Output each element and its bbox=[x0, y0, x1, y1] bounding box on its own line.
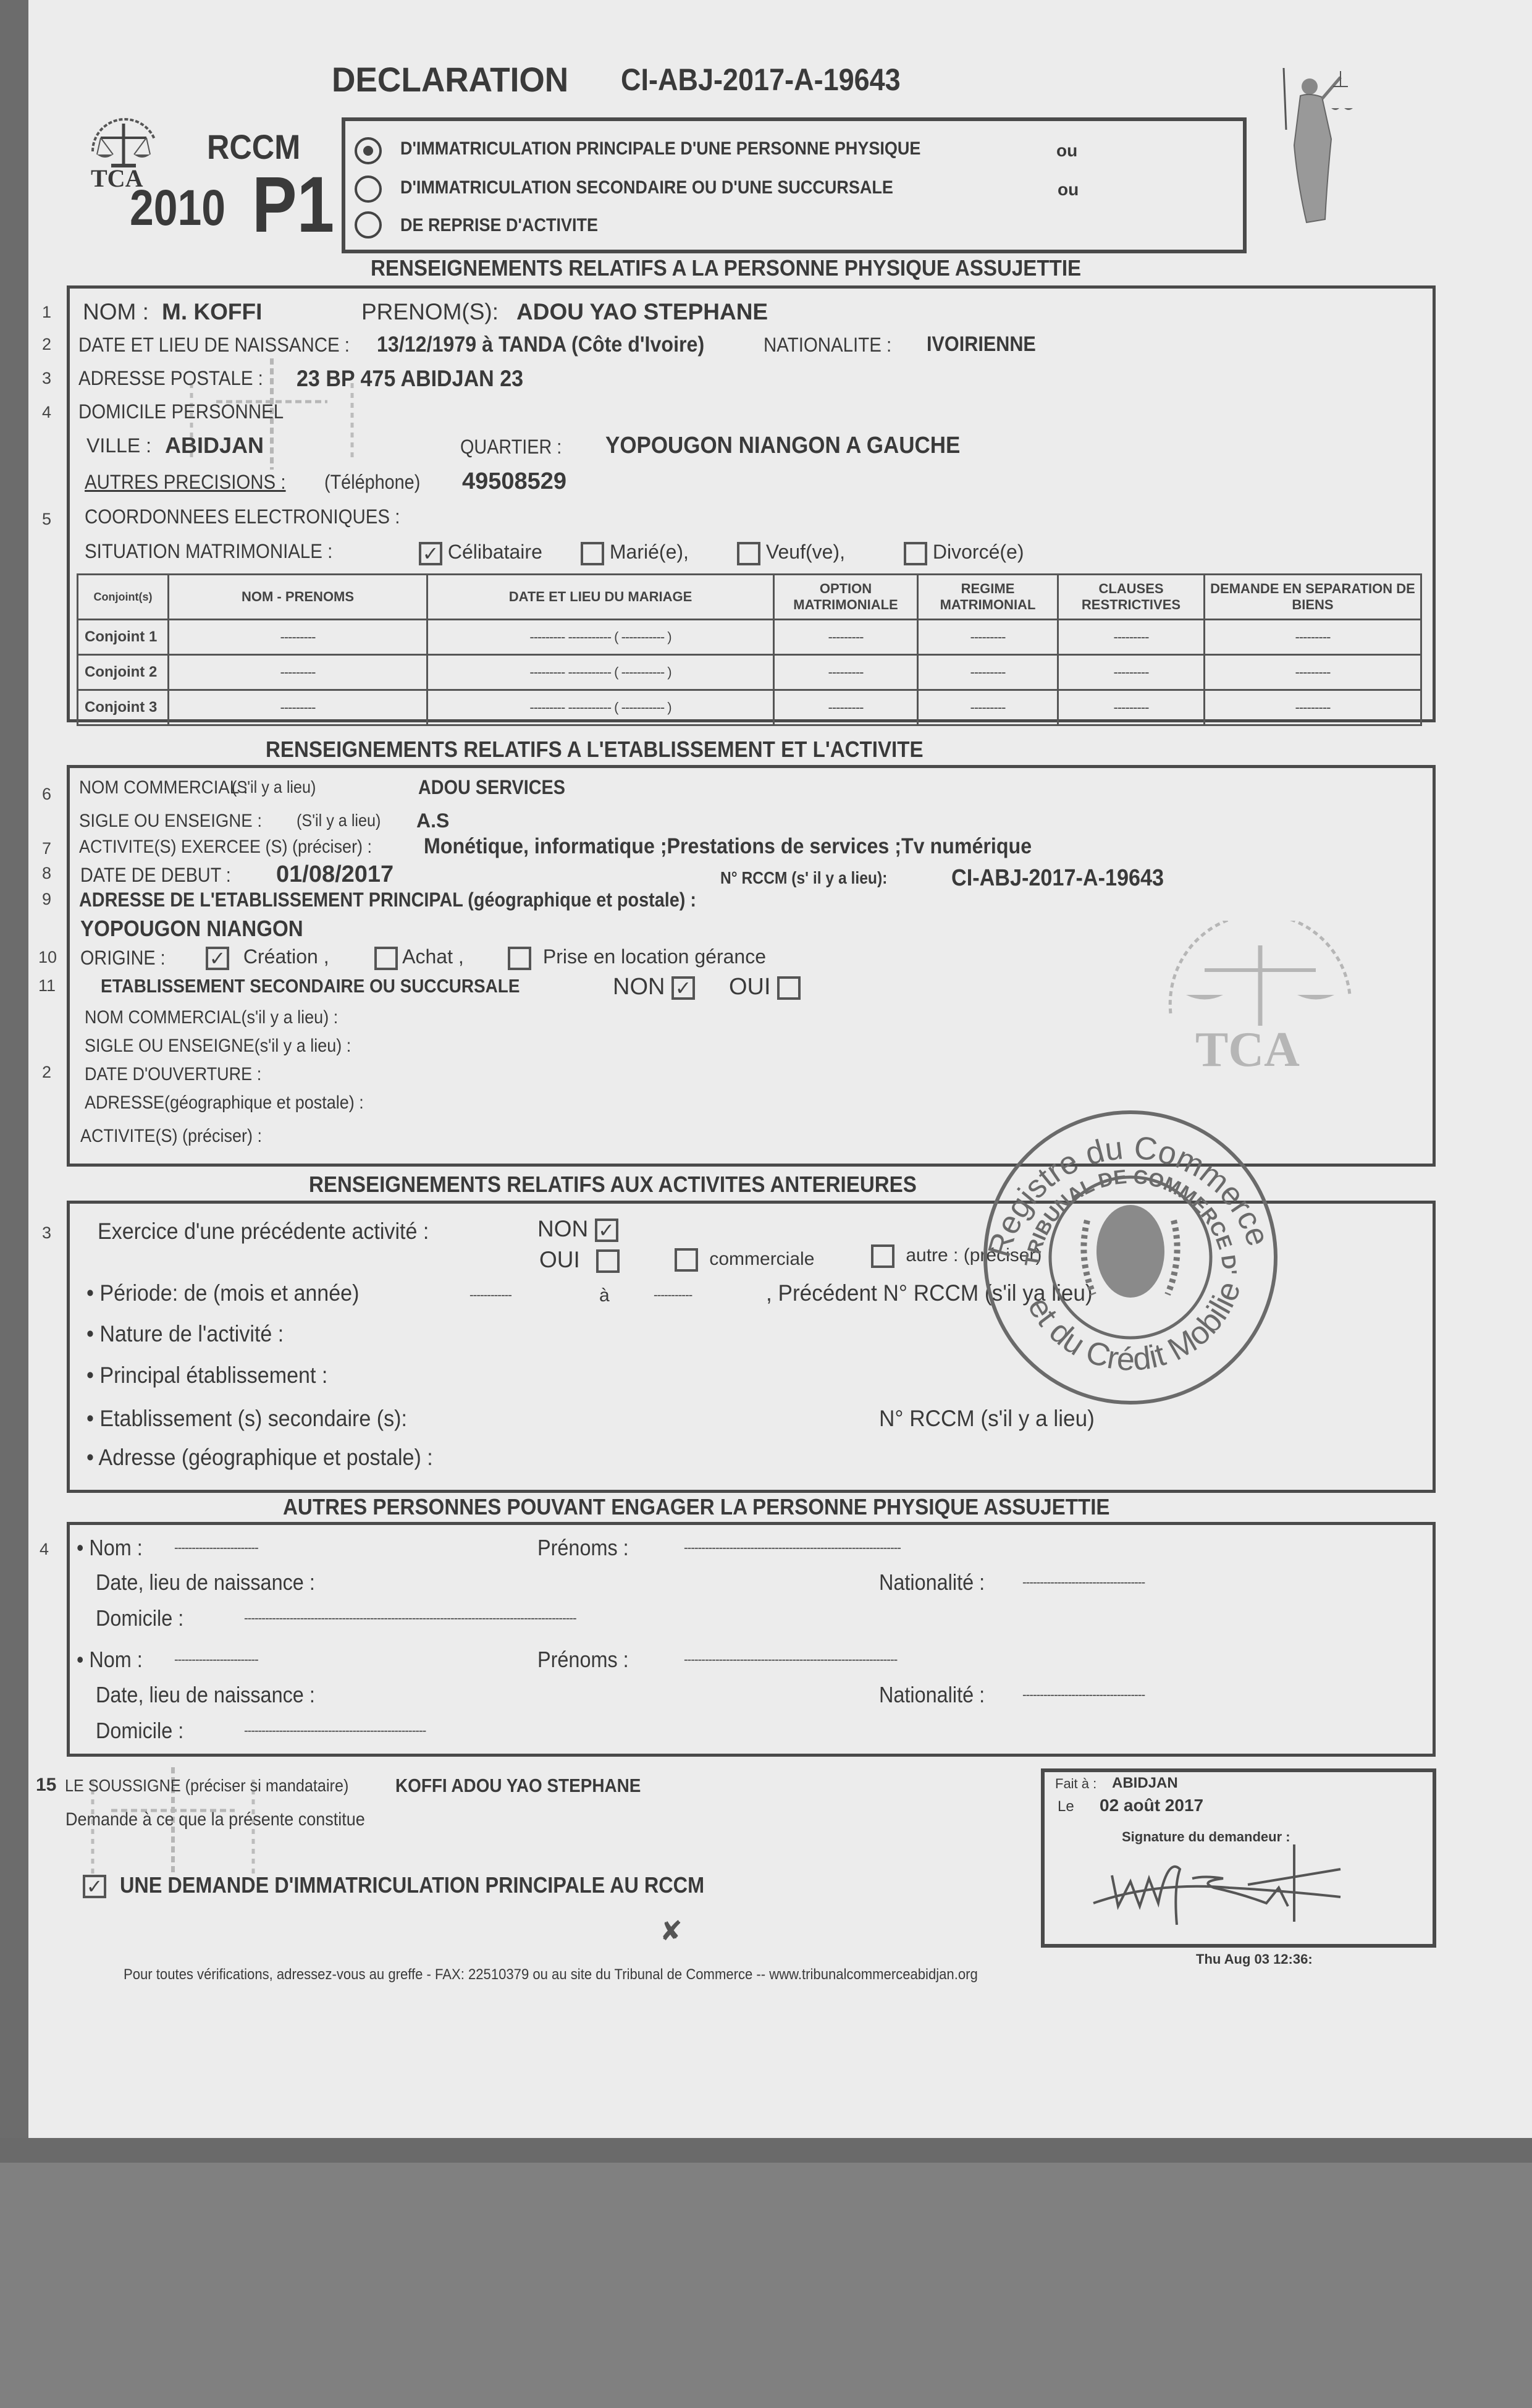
telephone-value: 49508529 bbox=[462, 468, 566, 495]
table-cell: --------- bbox=[918, 690, 1058, 725]
periode-from-value: ------------ bbox=[469, 1288, 511, 1303]
checkbox-commerciale[interactable] bbox=[675, 1248, 698, 1272]
option-suffix-or: ou bbox=[1056, 141, 1077, 161]
situation-matrimoniale-label: SITUATION MATRIMONIALE : bbox=[85, 540, 332, 563]
checkbox-location-gerance[interactable] bbox=[508, 947, 531, 970]
conjoints-table: Conjoint(s) NOM - PRENOMS DATE ET LIEU D… bbox=[77, 573, 1422, 726]
lady-justice-icon bbox=[1279, 59, 1365, 238]
person1-nom-label: • Nom : bbox=[77, 1535, 143, 1561]
initials-mark: ✘ bbox=[660, 1916, 683, 1947]
person1-nationalite-value: ----------------------------------- bbox=[1022, 1576, 1145, 1590]
quartier-label: QUARTIER : bbox=[460, 436, 562, 458]
line-number: 7 bbox=[42, 839, 51, 858]
table-cell: --------- bbox=[1058, 655, 1205, 690]
section4-title: AUTRES PERSONNES POUVANT ENGAGER LA PERS… bbox=[283, 1494, 1109, 1520]
line-number: 2 bbox=[42, 335, 51, 354]
svg-text:TCA: TCA bbox=[1195, 1023, 1300, 1075]
form-code: P1 bbox=[252, 159, 334, 250]
table-cell: --------- bbox=[1205, 655, 1421, 690]
exercice-non-option[interactable]: NON ✓ bbox=[537, 1216, 618, 1242]
quartier-value: YOPOUGON NIANGON A GAUCHE bbox=[605, 433, 960, 459]
line-number: 3 bbox=[42, 1223, 51, 1243]
origine-option-achat[interactable]: Achat , bbox=[374, 945, 464, 970]
sec-sigle-label: SIGLE OU ENSEIGNE(s'il y a lieu) : bbox=[85, 1036, 351, 1057]
document-reference: CI-ABJ-2017-A-19643 bbox=[621, 62, 901, 98]
table-cell: --------- bbox=[918, 655, 1058, 690]
sigle-label: SIGLE OU ENSEIGNE : bbox=[79, 811, 262, 832]
nature-activite-label: • Nature de l'activité : bbox=[86, 1321, 284, 1347]
periode-to-value: ----------- bbox=[654, 1288, 692, 1303]
nom-commercial-label: NOM COMMERCIAL : bbox=[79, 777, 248, 798]
tca-stamp-faint: TCA bbox=[1158, 921, 1362, 1075]
option-label: Achat , bbox=[402, 945, 464, 968]
person2-nom-label: • Nom : bbox=[77, 1647, 143, 1673]
date-debut-value: 01/08/2017 bbox=[276, 861, 394, 888]
option-label: Célibataire bbox=[448, 541, 542, 563]
radio-immatriculation-secondaire[interactable] bbox=[355, 175, 382, 203]
option-label-principale: D'IMMATRICULATION PRINCIPALE D'UNE PERSO… bbox=[400, 138, 920, 159]
registre-commerce-stamp-icon: Registre du Commerce TRIBUNAL DE COMMERC… bbox=[970, 1097, 1291, 1418]
column-header: DATE ET LIEU DU MARIAGE bbox=[427, 575, 774, 620]
checkbox-veuf[interactable] bbox=[737, 542, 760, 565]
column-header: NOM - PRENOMS bbox=[169, 575, 427, 620]
checkbox-autre[interactable] bbox=[871, 1244, 894, 1268]
checkbox-creation[interactable]: ✓ bbox=[206, 947, 229, 970]
adresse-etablissement-label: ADRESSE DE L'ETABLISSEMENT PRINCIPAL (gé… bbox=[79, 889, 696, 911]
person2-nationalite-value: ----------------------------------- bbox=[1022, 1688, 1145, 1702]
activites-label: ACTIVITE(S) EXERCEE (S) (préciser) : bbox=[79, 837, 372, 858]
person2-nom-value: ------------------------ bbox=[174, 1653, 258, 1667]
nom-commercial-value: ADOU SERVICES bbox=[418, 776, 565, 799]
section1-title: RENSEIGNEMENTS RELATIFS A LA PERSONNE PH… bbox=[371, 255, 1081, 281]
ville-label: VILLE : bbox=[86, 434, 151, 457]
table-cell: --------- bbox=[918, 620, 1058, 655]
radio-immatriculation-principale[interactable] bbox=[355, 137, 382, 164]
checkbox-celibataire[interactable]: ✓ bbox=[419, 542, 442, 565]
column-header: OPTION MATRIMONIALE bbox=[774, 575, 918, 620]
situation-option-celibataire[interactable]: ✓ Célibataire bbox=[419, 541, 542, 565]
document-title: DECLARATION bbox=[332, 59, 568, 99]
periode-a-label: à bbox=[599, 1285, 610, 1306]
line-number: 3 bbox=[42, 369, 51, 388]
option-label: commerciale bbox=[709, 1249, 814, 1269]
table-cell: Conjoint 2 bbox=[78, 655, 169, 690]
person2-prenoms-value: ----------------------------------------… bbox=[684, 1653, 897, 1667]
table-cell: --------- bbox=[1205, 620, 1421, 655]
round-stamp: Registre du Commerce TRIBUNAL DE COMMERC… bbox=[970, 1097, 1291, 1418]
tca-stamp-faint bbox=[80, 1755, 266, 1891]
person1-prenoms-label: Prénoms : bbox=[537, 1535, 629, 1561]
table-cell: --------- bbox=[1205, 690, 1421, 725]
sec-date-ouverture-label: DATE D'OUVERTURE : bbox=[85, 1064, 261, 1085]
person1-naissance-label: Date, lieu de naissance : bbox=[96, 1569, 315, 1595]
option-label: OUI bbox=[729, 974, 771, 1000]
scan-bottom-band bbox=[0, 2138, 1532, 2163]
rccm-label: N° RCCM (s' il y a lieu): bbox=[720, 868, 887, 888]
origine-option-location-gerance[interactable]: Prise en location gérance bbox=[508, 945, 766, 970]
signature-drawing-icon bbox=[1081, 1844, 1365, 1931]
line-number: 8 bbox=[42, 864, 51, 883]
date-debut-label: DATE DE DEBUT : bbox=[80, 864, 231, 887]
line-number: 4 bbox=[40, 1540, 49, 1559]
line-number: 15 bbox=[36, 1775, 56, 1796]
line-number: 5 bbox=[42, 510, 51, 529]
origine-label: ORIGINE : bbox=[80, 947, 166, 970]
person2-prenoms-label: Prénoms : bbox=[537, 1647, 629, 1673]
table-cell: --------- ----------- ( ----------- ) bbox=[427, 690, 774, 725]
situation-option-veuf[interactable]: Veuf(ve), bbox=[737, 541, 845, 565]
nationalite-value: IVOIRIENNE bbox=[927, 332, 1036, 357]
coordonnees-electroniques-label: COORDONNEES ELECTRONIQUES : bbox=[85, 505, 400, 528]
line-number: 6 bbox=[42, 785, 51, 804]
tca-stamp-faint bbox=[179, 346, 364, 507]
line-number: 10 bbox=[38, 948, 57, 967]
option-label: Veuf(ve), bbox=[766, 541, 845, 563]
situation-option-divorce[interactable]: Divorcé(e) bbox=[904, 541, 1024, 565]
option-label-secondaire: D'IMMATRICULATION SECONDAIRE OU D'UNE SU… bbox=[400, 177, 893, 198]
form-year: 2010 bbox=[130, 179, 225, 237]
table-cell: --------- bbox=[169, 690, 427, 725]
line-number: 9 bbox=[42, 890, 51, 909]
person1-nationalite-label: Nationalité : bbox=[879, 1569, 985, 1595]
checkbox-exercice-non[interactable]: ✓ bbox=[595, 1219, 618, 1242]
person1-prenoms-value: ----------------------------------------… bbox=[684, 1541, 901, 1555]
adresse-anterieure-label: • Adresse (géographique et postale) : bbox=[86, 1445, 433, 1471]
tca-stamp-icon bbox=[80, 1755, 266, 1891]
table-cell: --------- bbox=[774, 690, 918, 725]
column-header: Conjoint(s) bbox=[78, 575, 169, 620]
checkbox-secondaire-non[interactable]: ✓ bbox=[671, 976, 695, 1000]
option-label: Divorcé(e) bbox=[933, 541, 1024, 563]
line-number: 4 bbox=[42, 403, 51, 422]
table-cell: --------- ----------- ( ----------- ) bbox=[427, 655, 774, 690]
exercice-oui-option[interactable]: OUI bbox=[539, 1247, 620, 1273]
table-cell: Conjoint 3 bbox=[78, 690, 169, 725]
rccm-value: CI-ABJ-2017-A-19643 bbox=[951, 865, 1164, 892]
table-header-row: Conjoint(s) NOM - PRENOMS DATE ET LIEU D… bbox=[78, 575, 1421, 620]
lady-justice-illustration bbox=[1279, 59, 1365, 238]
section3-title: RENSEIGNEMENTS RELATIFS AUX ACTIVITES AN… bbox=[309, 1172, 917, 1198]
option-label: NON bbox=[613, 974, 665, 1000]
person1-domicile-label: Domicile : bbox=[96, 1605, 183, 1631]
activites-value: Monétique, informatique ;Prestations de … bbox=[424, 834, 1032, 859]
option-label: Création , bbox=[243, 945, 329, 968]
signature-label: Signature du demandeur : bbox=[1122, 1829, 1290, 1845]
timestamp: Thu Aug 03 12:36: bbox=[1196, 1951, 1313, 1967]
fait-a-value: ABIDJAN bbox=[1112, 1775, 1178, 1792]
situation-option-marie[interactable]: Marié(e), bbox=[581, 541, 689, 565]
adresse-etablissement-value: YOPOUGON NIANGON bbox=[80, 916, 303, 942]
exercice-label: Exercice d'une précédente activité : bbox=[98, 1219, 429, 1244]
table-cell: --------- bbox=[169, 620, 427, 655]
prenoms-label: PRENOM(S): bbox=[361, 299, 499, 325]
checkbox-marie[interactable] bbox=[581, 542, 604, 565]
le-label: Le bbox=[1058, 1798, 1074, 1815]
option-label: OUI bbox=[539, 1247, 580, 1272]
sec-adresse-label: ADRESSE(géographique et postale) : bbox=[85, 1092, 364, 1113]
fait-a-label: Fait à : bbox=[1055, 1776, 1096, 1792]
column-header: DEMANDE EN SEPARATION DE BIENS bbox=[1205, 575, 1421, 620]
checkbox-exercice-oui[interactable] bbox=[596, 1249, 620, 1273]
tca-stamp-icon: TCA bbox=[1158, 921, 1362, 1075]
scan-left-border bbox=[0, 0, 28, 2138]
etablissement-secondaire-label: • Etablissement (s) secondaire (s): bbox=[86, 1406, 407, 1432]
naissance-value: 13/12/1979 à TANDA (Côte d'Ivoire) bbox=[377, 332, 704, 357]
person1-nom-value: ------------------------ bbox=[174, 1541, 258, 1555]
option-suffix-or: ou bbox=[1058, 180, 1079, 200]
sigle-hint: (S'il y a lieu) bbox=[297, 811, 381, 830]
origine-option-creation[interactable]: ✓ Création , bbox=[206, 945, 329, 970]
section2-title: RENSEIGNEMENTS RELATIFS A L'ETABLISSEMEN… bbox=[266, 737, 924, 763]
nom-value: M. KOFFI bbox=[162, 299, 262, 325]
option-label-reprise: DE REPRISE D'ACTIVITE bbox=[400, 215, 598, 236]
person2-nationalite-label: Nationalité : bbox=[879, 1682, 985, 1708]
sec-activites-label: ACTIVITE(S) (préciser) : bbox=[80, 1126, 262, 1147]
person2-naissance-label: Date, lieu de naissance : bbox=[96, 1682, 315, 1708]
table-cell: --------- bbox=[1058, 620, 1205, 655]
line-number: 2 bbox=[42, 1063, 51, 1082]
person2-domicile-value: ----------------------------------------… bbox=[244, 1724, 426, 1738]
table-row: Conjoint 2 --------- --------- ---------… bbox=[78, 655, 1421, 690]
line-number: 11 bbox=[38, 976, 56, 995]
table-cell: --------- bbox=[169, 655, 427, 690]
tca-stamp-icon bbox=[179, 346, 364, 507]
person1-domicile-value: ----------------------------------------… bbox=[244, 1612, 576, 1626]
nationalite-label: NATIONALITE : bbox=[764, 334, 891, 357]
checkbox-divorce[interactable] bbox=[904, 542, 927, 565]
option-label: Prise en location gérance bbox=[543, 945, 766, 968]
person2-domicile-label: Domicile : bbox=[96, 1718, 183, 1744]
radio-reprise-activite[interactable] bbox=[355, 211, 382, 239]
nom-commercial-hint: (S'il y a lieu) bbox=[232, 777, 316, 797]
table-cell: --------- bbox=[1058, 690, 1205, 725]
table-row: Conjoint 3 --------- --------- ---------… bbox=[78, 690, 1421, 725]
secondaire-non-option[interactable]: NON ✓ bbox=[613, 974, 695, 1000]
table-cell: --------- ----------- ( ----------- ) bbox=[427, 620, 774, 655]
option-label: Marié(e), bbox=[610, 541, 689, 563]
soussigne-value: KOFFI ADOU YAO STEPHANE bbox=[395, 1775, 641, 1797]
periode-label: • Période: de (mois et année) bbox=[86, 1280, 359, 1306]
principal-etablissement-label: • Principal établissement : bbox=[86, 1362, 327, 1388]
option-label: NON bbox=[537, 1216, 588, 1241]
secondaire-oui-option[interactable]: OUI bbox=[729, 974, 801, 1000]
column-header: CLAUSES RESTRICTIVES bbox=[1058, 575, 1205, 620]
checkbox-secondaire-oui[interactable] bbox=[777, 976, 801, 1000]
table-cell: Conjoint 1 bbox=[78, 620, 169, 655]
verification-note: Pour toutes vérifications, adressez-vous… bbox=[124, 1966, 978, 1983]
column-header: REGIME MATRIMONIAL bbox=[918, 575, 1058, 620]
line-number: 1 bbox=[42, 303, 51, 322]
checkbox-achat[interactable] bbox=[374, 947, 398, 970]
sec-nom-commercial-label: NOM COMMERCIAL(s'il y a lieu) : bbox=[85, 1007, 338, 1028]
le-value: 02 août 2017 bbox=[1100, 1796, 1203, 1815]
prenoms-value: ADOU YAO STEPHANE bbox=[516, 299, 768, 325]
etablissement-secondaire-label: ETABLISSEMENT SECONDAIRE OU SUCCURSALE bbox=[101, 975, 520, 997]
section4-box bbox=[67, 1522, 1436, 1757]
table-cell: --------- bbox=[774, 620, 918, 655]
sigle-value: A.S bbox=[416, 809, 449, 832]
table-row: Conjoint 1 --------- --------- ---------… bbox=[78, 620, 1421, 655]
nom-label: NOM : bbox=[83, 299, 149, 325]
table-cell: --------- bbox=[774, 655, 918, 690]
commerciale-option[interactable]: commerciale bbox=[675, 1248, 814, 1272]
